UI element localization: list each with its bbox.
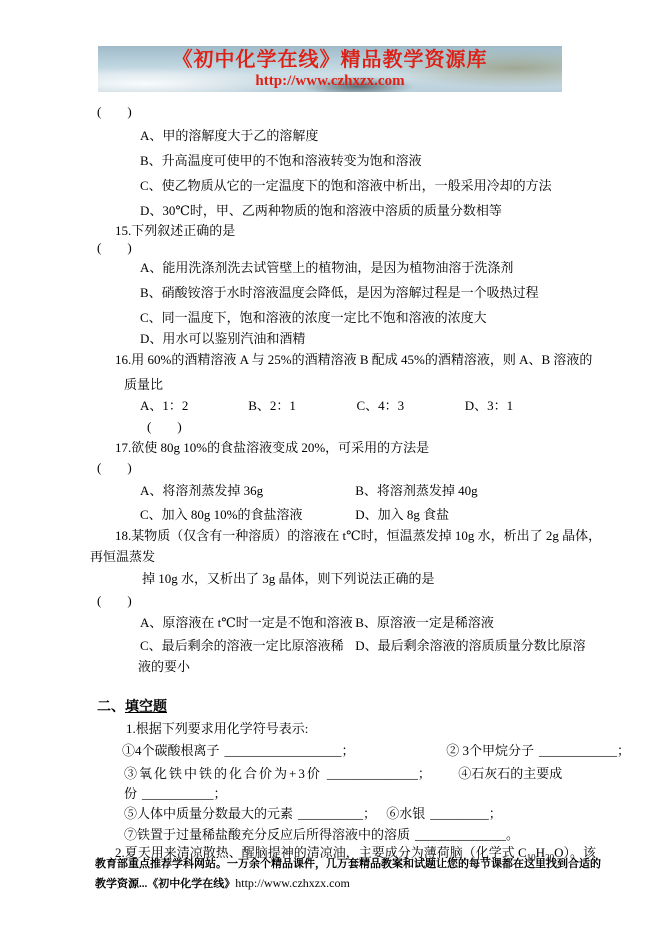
- fill-q1-item4-blank: ___________；: [142, 786, 227, 801]
- q17-option-c: C、加入 80g 10%的食盐溶液: [140, 506, 352, 523]
- fill-q1-row2: ③氧化铁中铁的化合价为+3价______________； ④石灰石的主要成: [124, 765, 562, 782]
- header-banner-image: 《初中化学在线》精品教学资源库 http://www.czhxzx.com: [98, 46, 562, 92]
- fill-q1-row4: ⑤人体中质量分数最大的元素__________； ⑥水银_________；: [124, 805, 502, 822]
- q15-answer-bracket: ( ): [97, 239, 132, 256]
- q16-option-d: D、3：1: [465, 397, 513, 414]
- q17-option-d: D、加入 8g 食盐: [355, 506, 449, 523]
- q18-option-d-line1: D、最后剩余溶液的溶质质量分数比原溶: [355, 637, 585, 654]
- q17-options-row1: A、将溶剂蒸发掉 36g B、将溶剂蒸发掉 40g: [140, 482, 478, 499]
- q14-option-a: A、甲的溶解度大于乙的溶解度: [140, 127, 318, 144]
- fill-q1-item6-label: ⑥水银: [386, 806, 425, 821]
- q18-option-d-line2: 液的要小: [138, 658, 190, 675]
- q18-answer-bracket: ( ): [97, 592, 132, 609]
- q17-answer-bracket: ( ): [97, 459, 132, 476]
- q15-option-c: C、同一温度下，饱和溶液的浓度一定比不饱和溶液的浓度大: [140, 309, 487, 326]
- fill-q1-row5: ⑦铁置于过量稀盐酸充分反应后所得溶液中的溶质______________。: [124, 826, 519, 843]
- footer-site-url: http://www.czhxzx.com: [235, 876, 350, 890]
- fill-q1-item2: ② 3个甲烷分子____________；: [446, 742, 630, 759]
- q16-stem-line2: 质量比: [124, 376, 163, 393]
- fill-q1-item4-cont: 份: [124, 786, 137, 801]
- fill-q1-item3: ③氧化铁中铁的化合价为+3价______________；: [124, 765, 455, 782]
- footer-slogan-line2: 教学资源...《初中化学在线》http://www.czhxzx.com: [95, 876, 350, 891]
- q16-stem-line1: 16.用 60%的酒精溶液 A 与 25%的酒精溶液 B 配成 45%的酒精溶液…: [115, 351, 592, 368]
- q18-option-c: C、最后剩余的溶液一定比原溶液稀: [140, 637, 352, 654]
- fill-q1-item1-label: ①4个碳酸根离子: [122, 743, 220, 758]
- section2-heading-word: 填空题: [125, 700, 167, 715]
- q18-options-row1: A、原溶液在 t℃时一定是不饱和溶液 B、原溶液一定是稀溶液: [140, 614, 494, 631]
- q15-option-a: A、能用洗涤剂洗去试管壁上的植物油，是因为植物油溶于洗涤剂: [140, 259, 513, 276]
- q14-option-c: C、使乙物质从它的一定温度下的饱和溶液中析出，一般采用冷却的方法: [140, 177, 552, 194]
- q16-option-a: A、1：2: [140, 397, 245, 414]
- q18-options-row2: C、最后剩余的溶液一定比原溶液稀 D、最后剩余溶液的溶质质量分数比原溶: [140, 637, 586, 654]
- section2-heading-prefix: 二、: [97, 700, 125, 715]
- fill-q1-item7-blank: ______________。: [415, 827, 519, 842]
- fill-q1-item1: ①4个碳酸根离子__________________；: [122, 742, 443, 759]
- q16-answer-bracket: ( ): [147, 418, 182, 435]
- fill-q1-row1: ①4个碳酸根离子__________________； ② 3个甲烷分子____…: [122, 742, 630, 759]
- fill-q1-item6: ⑥水银_________；: [386, 805, 502, 822]
- q17-stem: 17.欲使 80g 10%的食盐溶液变成 20%，可采用的方法是: [115, 439, 429, 456]
- q18-option-a: A、原溶液在 t℃时一定是不饱和溶液: [140, 614, 352, 631]
- section2-heading: 二、填空题: [97, 699, 167, 716]
- q16-options-row: A、1：2 B、2：1 C、4：3 D、3：1: [140, 397, 513, 414]
- q15-option-d: D、用水可以鉴别汽油和酒精: [140, 330, 305, 347]
- q18-option-b: B、原溶液一定是稀溶液: [355, 614, 494, 631]
- q15-option-b: B、硝酸铵溶于水时溶液温度会降低，是因为溶解过程是一个吸热过程: [140, 284, 539, 301]
- q16-option-c: C、4：3: [357, 397, 462, 414]
- q14-option-b: B、升高温度可使甲的不饱和溶液转变为饱和溶液: [140, 152, 422, 169]
- fill-q1-stem: 1.根据下列要求用化学符号表示:: [126, 720, 308, 737]
- fill-q1-item4-label: ④石灰石的主要成: [458, 765, 562, 782]
- q14-answer-bracket: ( ): [97, 103, 132, 120]
- footer-slogan-line2-text: 教学资源...《初中化学在线》: [95, 878, 235, 890]
- fill-q1-item6-blank: _________；: [430, 806, 502, 821]
- fill-q1-item1-blank: __________________；: [225, 743, 355, 758]
- footer-slogan-line1: 教育部重点推荐学科网站。一万余个精品课件，几万套精品教案和试题让您的每节课都在这…: [95, 857, 601, 871]
- q16-option-b: B、2：1: [248, 397, 353, 414]
- fill-q1-item5-blank: __________；: [298, 806, 376, 821]
- fill-q1-item2-label: ② 3个甲烷分子: [446, 743, 534, 758]
- q17-option-b: B、将溶剂蒸发掉 40g: [355, 482, 477, 499]
- worksheet-page: { "colors": { "banner_text": "#df1f14", …: [0, 0, 661, 935]
- fill-q1-item3-blank: ______________；: [327, 766, 431, 781]
- q15-stem: 15.下列叙述正确的是: [115, 222, 235, 239]
- fill-q1-item7-label: ⑦铁置于过量稀盐酸充分反应后所得溶液中的溶质: [124, 827, 410, 842]
- fill-q1-item3-label: ③氧化铁中铁的化合价为+3价: [124, 766, 322, 781]
- fill-q1-item2-blank: ____________；: [539, 743, 630, 758]
- fill-q1-item5-label: ⑤人体中质量分数最大的元素: [124, 806, 293, 821]
- banner-site-title: 《初中化学在线》精品教学资源库: [98, 48, 562, 73]
- q14-option-d: D、30℃时，甲、乙两种物质的饱和溶液中溶质的质量分数相等: [140, 202, 502, 219]
- q18-stem-line1: 18.某物质（仅含有一种溶质）的溶液在 t℃时，恒温蒸发掉 10g 水，析出了 …: [115, 527, 601, 544]
- q18-stem-line2: 再恒温蒸发: [90, 548, 155, 565]
- q17-options-row2: C、加入 80g 10%的食盐溶液 D、加入 8g 食盐: [140, 506, 449, 523]
- fill-q1-row3: 份___________；: [124, 785, 227, 802]
- q17-option-a: A、将溶剂蒸发掉 36g: [140, 482, 352, 499]
- banner-site-url: http://www.czhxzx.com: [98, 73, 562, 89]
- fill-q1-item5: ⑤人体中质量分数最大的元素__________；: [124, 805, 383, 822]
- q18-stem-line3: 掉 10g 水，又析出了 3g 晶体，则下列说法正确的是: [142, 570, 435, 587]
